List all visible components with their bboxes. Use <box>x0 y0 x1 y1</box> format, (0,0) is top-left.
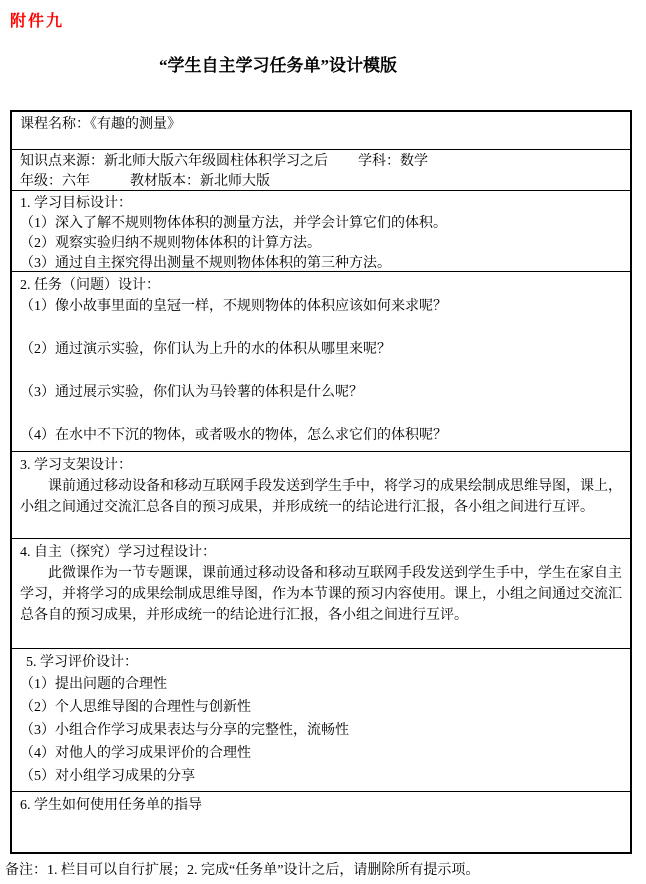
subject-text: 学科：数学 <box>358 154 428 169</box>
evaluation-item: （4）对他人的学习成果评价的合理性 <box>20 742 622 765</box>
table-row-meta: 知识点来源：新北师大版六年级圆柱体积学习之后学科：数学 年级：六年教材版本：新北… <box>12 150 630 191</box>
section-2-title: 2. 任务（问题）设计： <box>20 275 622 296</box>
section-3-title: 3. 学习支架设计： <box>20 455 622 476</box>
page-title: “学生自主学习任务单”设计模版 <box>0 51 556 76</box>
course-name-text: 课程名称：《有趣的测量》 <box>20 114 622 135</box>
knowledge-source-text: 知识点来源：新北师大版六年级圆柱体积学习之后 <box>20 154 328 169</box>
goal-item: （3）通过自主探究得出测量不规则物体体积的第三种方法。 <box>20 254 622 272</box>
table-row-usage-guidance: 6. 学生如何使用任务单的指导 <box>12 792 630 852</box>
table-row-task-design: 2. 任务（问题）设计： （1）像小故事里面的皇冠一样，不规则物体的体积应该如何… <box>12 272 630 452</box>
evaluation-item: （5）对小组学习成果的分享 <box>20 765 622 788</box>
textbook-text: 教材版本：新北师大版 <box>130 174 270 189</box>
table-row-learning-goals: 1. 学习目标设计： （1）深入了解不规则物体体积的测量方法，并学会计算它们的体… <box>12 191 630 272</box>
evaluation-item: （1）提出问题的合理性 <box>20 673 622 696</box>
process-paragraph: 此微课作为一节专题课，课前通过移动设备和移动互联网手段发送到学生手中，学生在家自… <box>20 563 622 626</box>
section-1-title: 1. 学习目标设计： <box>20 194 622 214</box>
grade-text: 年级：六年 <box>20 174 90 189</box>
table-row-evaluation-design: 5. 学习评价设计： （1）提出问题的合理性 （2）个人思维导图的合理性与创新性… <box>12 649 630 792</box>
section-4-title: 4. 自主（探究）学习过程设计： <box>20 542 622 563</box>
section-6-title: 6. 学生如何使用任务单的指导 <box>20 795 622 816</box>
evaluation-item: （2）个人思维导图的合理性与创新性 <box>20 696 622 719</box>
meta-line-2: 年级：六年教材版本：新北师大版 <box>20 172 622 191</box>
task-item: （1）像小故事里面的皇冠一样，不规则物体的体积应该如何来求呢？ <box>20 296 622 317</box>
footnote-remark: 备注：1. 栏目可以自行扩展；2. 完成“任务单”设计之后，请删除所有提示项。 <box>5 862 646 880</box>
task-item: （4）在水中不下沉的物体，或者吸水的物体，怎么求它们的体积呢？ <box>20 425 622 446</box>
task-item: （3）通过展示实验，你们认为马铃薯的体积是什么呢？ <box>20 382 622 403</box>
goal-item: （1）深入了解不规则物体体积的测量方法，并学会计算它们的体积。 <box>20 214 622 234</box>
attachment-label: 附件九 <box>10 8 646 31</box>
section-5-title: 5. 学习评价设计： <box>20 652 622 673</box>
meta-line-1: 知识点来源：新北师大版六年级圆柱体积学习之后学科：数学 <box>20 152 622 172</box>
table-row-course: 课程名称：《有趣的测量》 <box>12 112 630 150</box>
table-row-scaffold-design: 3. 学习支架设计： 课前通过移动设备和移动互联网手段发送到学生手中，将学习的成… <box>12 452 630 539</box>
table-row-process-design: 4. 自主（探究）学习过程设计： 此微课作为一节专题课，课前通过移动设备和移动互… <box>12 539 630 649</box>
goal-item: （2）观察实验归纳不规则物体体积的计算方法。 <box>20 234 622 254</box>
task-item: （2）通过演示实验，你们认为上升的水的体积从哪里来呢？ <box>20 339 622 360</box>
scaffold-paragraph: 课前通过移动设备和移动互联网手段发送到学生手中，将学习的成果绘制成思维导图，课上… <box>20 476 622 518</box>
evaluation-item: （3）小组合作学习成果表达与分享的完整性，流畅性 <box>20 719 622 742</box>
task-sheet-table: 课程名称：《有趣的测量》 知识点来源：新北师大版六年级圆柱体积学习之后学科：数学… <box>10 110 632 854</box>
